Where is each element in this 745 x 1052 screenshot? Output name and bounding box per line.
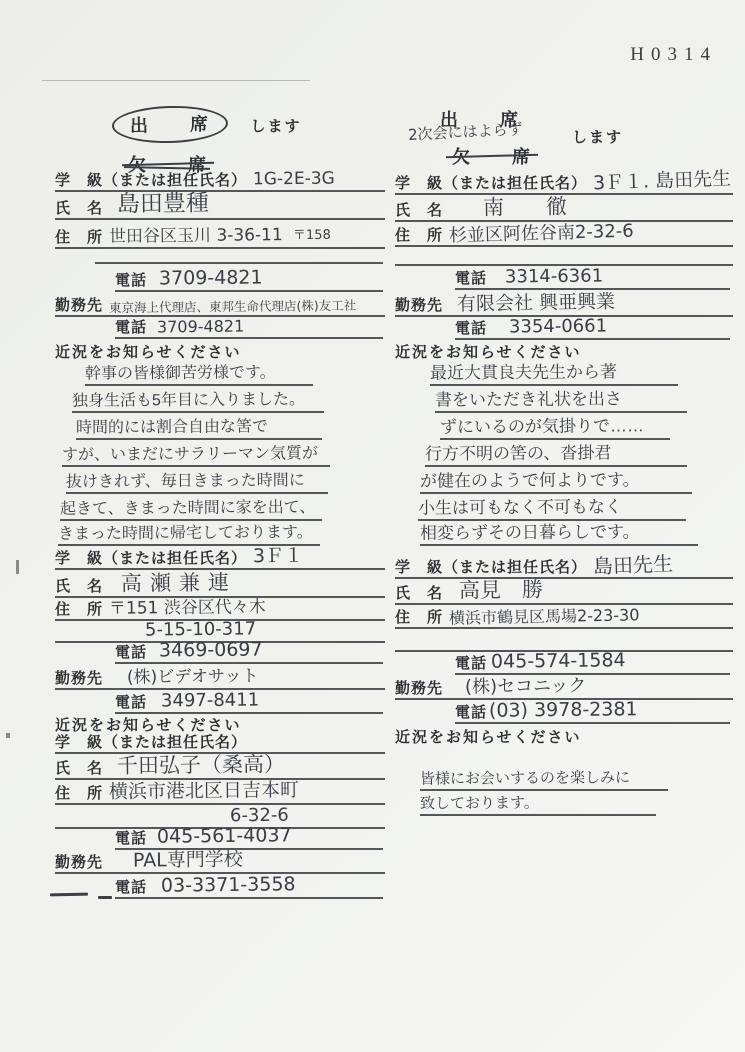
postal-value: 〒158 (293, 224, 331, 247)
phone-value: 045-574-1584 (491, 651, 626, 673)
scan-fold-line (42, 80, 310, 81)
field-row-name: 氏 名 南 徹 (395, 194, 733, 222)
attendance-note: 2次会にはよらず (408, 118, 523, 145)
field-row-phone: 電話 3709-4821 (115, 264, 383, 292)
phone-label: 電話 (455, 317, 487, 338)
field-row-name: 氏 名 島田豊種 (55, 190, 385, 220)
phone-label: 電話 (455, 267, 487, 288)
message-line: 抜けきれず、毎日きまった時間に (66, 468, 328, 494)
message-line: ずにいるのが気掛りで…… (440, 414, 670, 440)
page-code: H0314 (630, 44, 717, 66)
phone-value: 3469-0697 (159, 640, 263, 662)
phone-label: 電話 (115, 827, 147, 848)
class-label: 学 級（または担任氏名） (395, 172, 587, 193)
name-label: 氏 名 (395, 582, 443, 603)
addr-label: 住 所 (395, 606, 443, 627)
name-label: 氏 名 (55, 757, 103, 778)
class-label: 学 級（または担任氏名） (55, 731, 247, 752)
addr-label: 住 所 (395, 224, 443, 245)
scan-artifact (50, 893, 88, 897)
absent-struck: 欠 席 (452, 143, 532, 169)
class-value: 島田先生 (593, 554, 674, 579)
field-row-class: 学 級（または担任氏名） 3Ｆ１ (55, 544, 385, 570)
phone-label: 電話 (115, 691, 147, 712)
attend-suffix: します (572, 126, 623, 147)
class-value: 3Ｆ１. 島田先生 (593, 170, 732, 196)
field-row-class: 学 級（または担任氏名） (55, 730, 385, 754)
phone2-value: 3497-8411 (161, 691, 259, 712)
phone-label: 電話 (455, 652, 487, 673)
message-line: きまった時間に帰宅しております。 (58, 520, 320, 546)
addr-label: 住 所 (55, 598, 103, 619)
field-row-phone2: 電話 03-3371-3558 (115, 873, 383, 899)
field-row-work: 勤務先 有限会社 興亜興業 (395, 289, 733, 317)
phone2-value: 3354-0661 (509, 317, 607, 338)
class-value: 1G-2E-3G (253, 171, 335, 191)
work-value: (株)ビデオサット (127, 668, 259, 688)
message-line: 最近大貫良夫先生から著 (430, 360, 678, 386)
field-row-address: 住 所 杉並区阿佐谷南2-32-6 (395, 220, 733, 247)
class-label: 学 級（または担任氏名） (55, 547, 247, 568)
phone-label: 電話 (115, 876, 147, 897)
field-row-work: 勤務先 (株)ビデオサット (55, 664, 385, 690)
work-value: 有限会社 興亜興業 (457, 293, 615, 317)
work-label: 勤務先 (55, 667, 103, 688)
name-value: 島田豊種 (117, 193, 209, 219)
field-row-phone2: 電話 3709-4821 (115, 316, 383, 339)
field-row-address: 住 所 世田谷区玉川 3-36-11 〒158 (55, 219, 385, 249)
attend-circled: 出 席 (112, 104, 229, 144)
work-label: 勤務先 (395, 677, 443, 698)
field-row-name: 氏 名 高見 勝 (395, 577, 733, 605)
field-row-class: 学 級（または担任氏名） 3Ｆ１. 島田先生 (395, 167, 733, 195)
message-line: すが、いまだにサラリーマン気質が (62, 441, 330, 467)
field-row-phone: 電話 3314-6361 (455, 264, 730, 290)
phone2-value: (03) 3978-2381 (489, 700, 638, 723)
class-value: 3Ｆ１ (253, 547, 303, 569)
message-line: が健在のようで何よりです。 (420, 468, 692, 494)
phone-value: 3314-6361 (505, 267, 603, 288)
address-value: 横浜市鶴見区馬場2-23-30 (449, 607, 640, 628)
addr-label: 住 所 (55, 782, 103, 803)
name-value: 高見 勝 (459, 580, 543, 604)
field-row-class: 学 級（または担任氏名） 1G-2E-3G (55, 164, 385, 192)
phone-value: 045-561-4037 (157, 826, 292, 848)
news-label: 近況をお知らせください (395, 726, 582, 747)
phone-value: 3709-4821 (159, 268, 263, 290)
work-value: (株)セコニック (465, 677, 587, 698)
work-label: 勤務先 (395, 294, 443, 315)
name-label: 氏 名 (55, 197, 103, 218)
field-row-name: 氏 名 千田弘子（桑高） (55, 752, 385, 780)
message-line: 皆様にお会いするのを楽しみに (420, 765, 668, 791)
work-value: 東京海上代理店、東邦生命代理店(株)友工社 (109, 299, 356, 316)
scanned-page: H0314 出 席 します 欠 席 学 級（または担任氏名） 1G-2E-3G … (0, 0, 745, 1052)
message-line: 相変らずその日暮らしです。 (420, 520, 698, 546)
message-line: 独身生活も5年目に入りました。 (72, 387, 324, 413)
phone-label: 電話 (455, 701, 487, 722)
message-line: 書をいただき礼状を出さ (435, 387, 687, 413)
field-row-work: 勤務先 (株)セコニック (395, 674, 733, 700)
message-line: 時間的には割合自由な筈で (76, 414, 322, 440)
phone2-value: 03-3371-3558 (161, 875, 296, 897)
phone-label: 電話 (115, 641, 147, 662)
message-line: 致しております。 (420, 790, 656, 816)
address-value: 横浜市港北区日吉本町 (109, 781, 299, 804)
scan-artifact (98, 896, 112, 899)
address-value: 世田谷区玉川 3-36-11 (109, 227, 283, 248)
work-label: 勤務先 (55, 294, 103, 315)
field-row-work: 勤務先 東京海上代理店、東邦生命代理店(株)友工社 (55, 292, 385, 317)
class-label: 学 級（または担任氏名） (55, 169, 247, 190)
name-label: 氏 名 (395, 199, 443, 220)
field-row-phone: 電話 045-561-4037 (115, 824, 383, 850)
name-value: 千田弘子（桑高） (117, 754, 285, 779)
attend-suffix: します (250, 118, 301, 135)
phone-label: 電話 (115, 316, 147, 337)
field-row-phone: 電話 3469-0697 (115, 638, 383, 664)
absent-mark: 欠 席 (452, 143, 532, 169)
class-label: 学 級（または担任氏名） (395, 556, 587, 577)
message-line: 幹事の皆様御苦労様です。 (85, 360, 313, 386)
field-row-phone: 電話 045-574-1584 (455, 649, 730, 675)
work-value: PAL専門学校 (133, 850, 243, 872)
name-value: 南 徹 (483, 197, 567, 221)
field-row-work: 勤務先 PAL専門学校 (55, 848, 385, 874)
field-row-class: 学 級（または担任氏名） 島田先生 (395, 553, 733, 579)
phone-label: 電話 (115, 269, 147, 290)
message-line: 起きて、きまった時間に家を出て、 (60, 495, 322, 521)
address-value: 杉並区阿佐谷南2-32-6 (449, 223, 634, 248)
phone2-value: 3709-4821 (157, 319, 244, 338)
scan-artifact (16, 560, 19, 574)
addr-label: 住 所 (55, 226, 103, 247)
work-label: 勤務先 (55, 851, 103, 872)
field-row-phone2: 電話 3354-0661 (455, 314, 730, 340)
field-row-address: 住 所 横浜市港北区日吉本町 (55, 777, 385, 805)
scan-artifact (6, 733, 10, 738)
field-row-phone2: 電話 3497-8411 (115, 688, 383, 714)
field-row-address: 住 所 横浜市鶴見区馬場2-23-30 (395, 603, 733, 629)
message-line: 行方不明の筈の、沓掛君 (425, 441, 687, 467)
field-row-phone2: 電話 (03) 3978-2381 (455, 698, 730, 724)
